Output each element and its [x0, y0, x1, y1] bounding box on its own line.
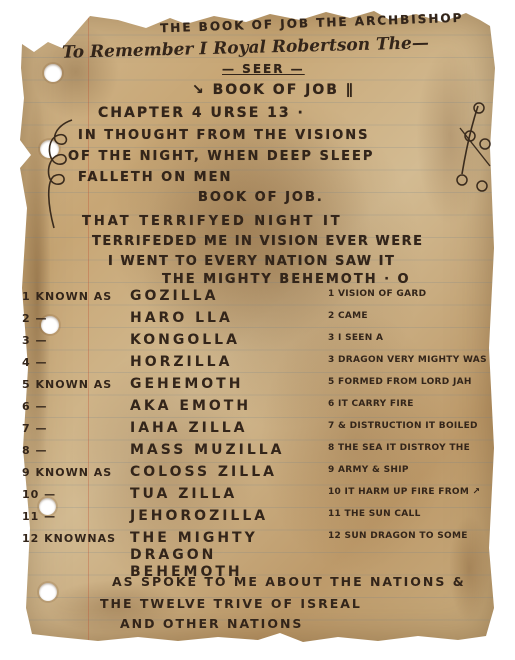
monster-name: IAHA ZILLA — [130, 420, 328, 437]
row-note: 10 IT HARM UP FIRE FROM ↗ — [328, 486, 503, 497]
row-known-as: — — [36, 400, 48, 413]
row-number-label: 1 KNOWN AS — [22, 288, 130, 303]
row-known-as: KNOWNAS — [44, 532, 116, 545]
row-note: 11 THE SUN CALL — [328, 508, 503, 519]
chapter-verse-line: CHAPTER 4 URSE 13 · — [98, 105, 305, 121]
row-known-as: — — [36, 356, 48, 369]
row-number: 10 — [22, 488, 39, 501]
row-note: 6 IT CARRY FIRE — [328, 398, 503, 409]
row-number-label: 2 — — [22, 310, 130, 325]
testimony-line-2: TERRIFEDED ME IN VISION EVER WERE — [92, 234, 423, 249]
flourish-left-icon — [44, 116, 80, 234]
row-number-label: 3 — — [22, 332, 130, 347]
testimony-line-3: I WENT TO EVERY NATION SAW IT — [108, 254, 395, 269]
row-number-label: 9 KNOWN AS — [22, 464, 130, 479]
verse-line-2: OF THE NIGHT, WHEN DEEP SLEEP — [68, 149, 374, 164]
footer-line-3: AND OTHER NATIONS — [120, 616, 303, 631]
list-item: 4 — HORZILLA 3 DRAGON VERY MIGHTY WAS — [22, 354, 503, 376]
list-item: 2 — HARO LLA 2 CAME — [22, 310, 503, 332]
row-number: 5 — [22, 378, 31, 391]
row-note: 8 THE SEA IT DISTROY THE — [328, 442, 503, 453]
footer-line-2: THE TWELVE TRIVE OF ISREAL — [100, 596, 362, 611]
row-known-as: KNOWN AS — [36, 378, 113, 391]
row-note: 2 CAME — [328, 310, 503, 321]
monster-name: COLOSS ZILLA — [130, 464, 328, 481]
row-known-as: — — [44, 488, 56, 501]
monster-name: AKA EMOTH — [130, 398, 328, 415]
row-known-as: — — [36, 312, 48, 325]
row-known-as: KNOWN AS — [36, 290, 113, 303]
list-item: 9 KNOWN AS COLOSS ZILLA 9 ARMY & SHIP — [22, 464, 503, 486]
row-note: 7 & DISTRUCTION IT BOILED — [328, 420, 503, 431]
testimony-line-4: THE MIGHTY BEHEMOTH · O — [162, 272, 411, 287]
list-item: 6 — AKA EMOTH 6 IT CARRY FIRE — [22, 398, 503, 420]
testimony-line-1: THAT TERRIFYED NIGHT IT — [82, 214, 343, 229]
monster-name: KONGOLLA — [130, 332, 328, 349]
monster-list: 1 KNOWN AS GOZILLA 1 VISION OF GARD 2 — … — [22, 288, 503, 570]
row-number-label: 11 — — [22, 508, 130, 523]
row-number: 7 — [22, 422, 31, 435]
row-note: 9 ARMY & SHIP — [328, 464, 503, 475]
seer-line: — SEER — — [222, 62, 305, 76]
monster-name: JEHOROZILLA — [130, 508, 328, 525]
monster-name: HARO LLA — [130, 310, 328, 327]
monster-name: GOZILLA — [130, 288, 328, 305]
book-of-job-heading: ↘ BOOK OF JOB ∥ — [192, 82, 355, 98]
row-number: 8 — [22, 444, 31, 457]
row-number: 11 — [22, 510, 39, 523]
flourish-right-icon — [452, 100, 496, 215]
row-number: 3 — [22, 334, 31, 347]
verse-source-line: BOOK OF JOB. — [198, 190, 324, 205]
row-known-as: — — [36, 422, 48, 435]
row-number: 4 — [22, 356, 31, 369]
punch-hole — [39, 583, 57, 601]
row-number-label: 10 — — [22, 486, 130, 501]
row-number-label: 4 — — [22, 354, 130, 369]
row-known-as: — — [44, 510, 56, 523]
row-known-as: — — [36, 334, 48, 347]
verse-line-3: FALLETH ON MEN — [78, 170, 232, 185]
row-known-as: — — [36, 444, 48, 457]
row-note: 1 VISION OF GARD — [328, 288, 503, 299]
monster-name: GEHEMOTH — [130, 376, 328, 393]
list-item: 7 — IAHA ZILLA 7 & DISTRUCTION IT BOILED — [22, 420, 503, 442]
list-item: 12 KNOWNAS THE MIGHTY DRAGON BEHEMOTH 12… — [22, 530, 503, 570]
row-number: 1 — [22, 290, 31, 303]
row-note: 12 SUN DRAGON TO SOME — [328, 530, 503, 541]
monster-name: TUA ZILLA — [130, 486, 328, 503]
punch-hole — [44, 64, 62, 82]
row-known-as: KNOWN AS — [36, 466, 113, 479]
row-note: 3 DRAGON VERY MIGHTY WAS — [328, 354, 503, 365]
row-number: 9 — [22, 466, 31, 479]
list-item: 8 — MASS MUZILLA 8 THE SEA IT DISTROY TH… — [22, 442, 503, 464]
row-number-label: 5 KNOWN AS — [22, 376, 130, 391]
list-item: 11 — JEHOROZILLA 11 THE SUN CALL — [22, 508, 503, 530]
row-number-label: 7 — — [22, 420, 130, 435]
list-item: 1 KNOWN AS GOZILLA 1 VISION OF GARD — [22, 288, 503, 310]
footer-line-1: AS SPOKE TO ME ABOUT THE NATIONS & — [112, 574, 466, 589]
list-item: 10 — TUA ZILLA 10 IT HARM UP FIRE FROM ↗ — [22, 486, 503, 508]
row-note: 5 FORMED FROM LORD JAH — [328, 376, 503, 387]
row-note: 3 I SEEN A — [328, 332, 503, 343]
row-number-label: 6 — — [22, 398, 130, 413]
row-number: 6 — [22, 400, 31, 413]
list-item: 5 KNOWN AS GEHEMOTH 5 FORMED FROM LORD J… — [22, 376, 503, 398]
row-number: 12 — [22, 532, 39, 545]
row-number-label: 12 KNOWNAS — [22, 530, 130, 545]
row-number-label: 8 — — [22, 442, 130, 457]
monster-name: HORZILLA — [130, 354, 328, 371]
list-item: 3 — KONGOLLA 3 I SEEN A — [22, 332, 503, 354]
row-number: 2 — [22, 312, 31, 325]
monster-name: MASS MUZILLA — [130, 442, 328, 459]
verse-line-1: IN THOUGHT FROM THE VISIONS — [78, 128, 370, 143]
